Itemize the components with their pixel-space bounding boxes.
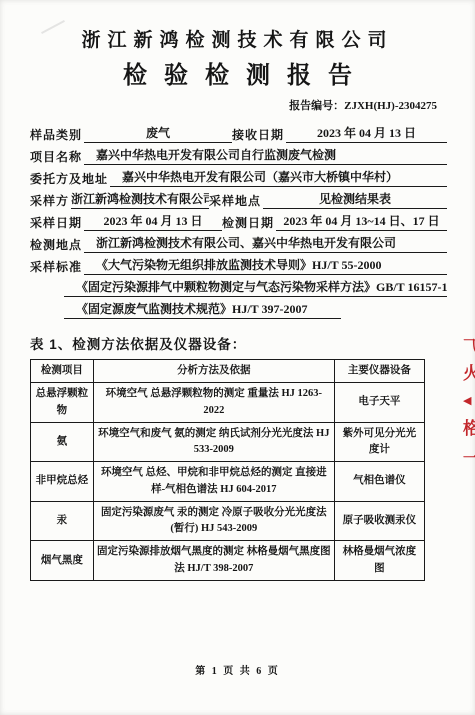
cell-instrument: 电子天平 [334,383,424,423]
test-date-label: 检测日期 [222,214,276,231]
stamp-fragment-icon: ◀ [463,396,475,407]
report-title: 检验检测报告 [0,55,475,90]
cell-item: 非甲烷总烃 [31,462,94,502]
cell-method: 环境空气 总悬浮颗粒物的测定 重量法 HJ 1263-2022 [93,383,334,423]
field-row-test-site: 检测地点 浙江新鸿检测技术有限公司、嘉兴中华热电开发有限公司 [30,231,447,253]
sampler-label: 采样方 [30,192,71,209]
test-site-label: 检测地点 [30,236,84,253]
test-date-value: 2023 年 04 月 13~14 日、17 日 [276,213,447,231]
client-value: 嘉兴中华热电开发有限公司（嘉兴市大桥镇中华村） [110,169,447,187]
table-row: 烟气黑度 固定污染源排放烟气黑度的测定 林格曼烟气黑度图法 HJ/T 398-2… [31,541,425,581]
cell-method: 固定污染源废气 汞的测定 冷原子吸收分光光度法(暂行) HJ 543-2009 [93,501,334,541]
report-fields: 样品类别 废气 接收日期 2023 年 04 月 13 日 项目名称 嘉兴中华热… [0,121,475,319]
test-site-value: 浙江新鸿检测技术有限公司、嘉兴中华热电开发有限公司 [84,235,447,253]
field-row-project: 项目名称 嘉兴中华热电开发有限公司自行监测废气检测 [30,143,447,165]
receive-date-value: 2023 年 04 月 13 日 [286,125,447,143]
table-header-row: 检测项目 分析方法及依据 主要仪器设备 [31,360,425,383]
standard-line-3: 《固定源废气监测技术规范》HJ/T 397-2007 [64,301,341,319]
field-row-sampler-site: 采样方 浙江新鸿检测技术有限公司 采样地点 见检测结果表 [30,187,447,209]
sampler-value: 浙江新鸿检测技术有限公司 [71,191,209,209]
cell-item: 总悬浮颗粒物 [31,383,94,423]
cell-item: 氨 [31,422,94,462]
company-name: 浙江新鸿检测技术有限公司 [0,0,475,52]
cell-method: 固定污染源排放烟气黑度的测定 林格曼烟气黑度图法 HJ/T 398-2007 [93,541,334,581]
client-label: 委托方及地址 [30,170,110,187]
page-number: 第 1 页 共 6 页 [0,662,475,677]
header-instrument: 主要仪器设备 [334,360,424,383]
report-number-label: 报告编号： [289,100,344,112]
cell-instrument: 紫外可见分光光度计 [334,422,424,462]
standard-line-1: 《大气污染物无组织排放监测技术导则》HJ/T 55-2000 [84,257,447,275]
cell-item: 汞 [31,501,94,541]
cell-item: 烟气黑度 [31,541,94,581]
table-row: 汞 固定污染源废气 汞的测定 冷原子吸收分光光度法(暂行) HJ 543-200… [31,501,425,541]
stamp-fragment-icon: 格 [463,420,475,437]
red-stamp-fragments: ⺄ 火 ◀ 格 一 [453,336,475,476]
stamp-fragment-icon: 一 [463,453,475,467]
receive-date-label: 接收日期 [232,126,286,143]
field-row-dates: 采样日期 2023 年 04 月 13 日 检测日期 2023 年 04 月 1… [30,209,447,231]
report-number-value: ZJXH(HJ)-2304275 [344,100,437,112]
methods-table: 检测项目 分析方法及依据 主要仪器设备 总悬浮颗粒物 环境空气 总悬浮颗粒物的测… [30,359,425,581]
sampling-date-label: 采样日期 [30,214,84,231]
table-row: 氨 环境空气和废气 氨的测定 纳氏试剂分光光度法 HJ 533-2009 紫外可… [31,422,425,462]
stamp-fragment-icon: 火 [463,365,475,382]
table-row: 非甲烷总烃 环境空气 总烃、甲烷和非甲烷总烃的测定 直接进样-气相色谱法 HJ … [31,462,425,502]
sampling-site-value: 见检测结果表 [263,191,447,209]
field-row-standard-1: 采样标准 《大气污染物无组织排放监测技术导则》HJ/T 55-2000 [30,253,447,275]
sampling-date-value: 2023 年 04 月 13 日 [84,213,222,231]
table-row: 总悬浮颗粒物 环境空气 总悬浮颗粒物的测定 重量法 HJ 1263-2022 电… [31,383,425,423]
header-method: 分析方法及依据 [93,360,334,383]
sample-category-label: 样品类别 [30,126,84,143]
header-test-item: 检测项目 [31,360,94,383]
field-row-standard-2: 《固定污染源排气中颗粒物测定与气态污染物采样方法》GB/T 16157-1996… [30,275,447,297]
cell-instrument: 原子吸收测汞仪 [334,501,424,541]
table-title: 表 1、检测方法依据及仪器设备： [30,333,475,353]
sampling-site-label: 采样地点 [209,192,263,209]
field-row-standard-3: 《固定源废气监测技术规范》HJ/T 397-2007 [30,297,447,319]
report-number: 报告编号：ZJXH(HJ)-2304275 [0,97,437,113]
report-page: 浙江新鸿检测技术有限公司 检验检测报告 报告编号：ZJXH(HJ)-230427… [0,0,475,715]
cell-method: 环境空气和废气 氨的测定 纳氏试剂分光光度法 HJ 533-2009 [93,422,334,462]
project-name-value: 嘉兴中华热电开发有限公司自行监测废气检测 [84,147,447,165]
cell-method: 环境空气 总烃、甲烷和非甲烷总烃的测定 直接进样-气相色谱法 HJ 604-20… [93,462,334,502]
cell-instrument: 气相色谱仪 [334,462,424,502]
project-name-label: 项目名称 [30,148,84,165]
cell-instrument: 林格曼烟气浓度图 [334,541,424,581]
field-row-sample-receive: 样品类别 废气 接收日期 2023 年 04 月 13 日 [30,121,447,143]
standard-line-2: 《固定污染源排气中颗粒物测定与气态污染物采样方法》GB/T 16157-1996… [64,279,447,297]
field-row-client: 委托方及地址 嘉兴中华热电开发有限公司（嘉兴市大桥镇中华村） [30,165,447,187]
standard-label: 采样标准 [30,258,84,275]
sample-category-value: 废气 [84,125,232,143]
